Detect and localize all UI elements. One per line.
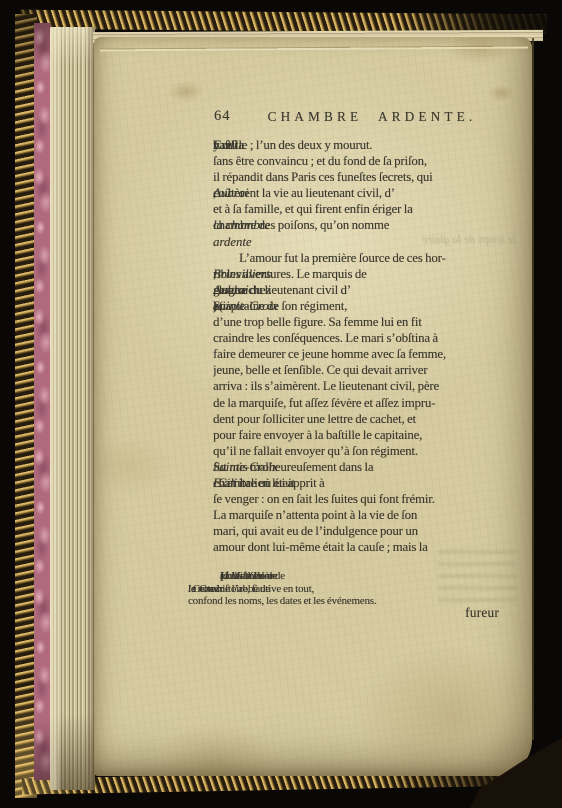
body-text-line: ſans être convaincu ; et du fond de ſa p… bbox=[213, 153, 503, 169]
body-text-line: de la marquiſe, fut aſſez ſévère et aſſe… bbox=[213, 395, 503, 411]
footnote-line: (e) L’hiſtoire de Louis XIV, ſous le nom… bbox=[188, 570, 500, 583]
body-text-line: ribles aventures. Le marquis de Brinvill… bbox=[213, 266, 503, 282]
body-text-line: pour faire envoyer à la baſtille le capi… bbox=[213, 427, 503, 443]
page-number: 64 bbox=[214, 108, 231, 125]
gutter-facing-page bbox=[532, 38, 558, 740]
body-text-line: d’une trop belle figure. Sa femme lui en… bbox=[213, 314, 503, 330]
body-text-line: craindre les conſéquences. Le mari s’obſ… bbox=[213, 330, 503, 346]
running-header: 64 CHAMBRE ARDENTE. bbox=[213, 108, 503, 126]
body-text-line: chambre des poiſons, qu’on nomme la cham… bbox=[213, 217, 503, 233]
body-text-line: et à ſa famille, et qui firent enfin éri… bbox=[213, 201, 503, 217]
body-text-line: arriva : ils s’aimèrent. Le lieutenant c… bbox=[213, 378, 503, 394]
body-text-line: ſe venger : on en ſait les ſuites qui fo… bbox=[213, 491, 503, 507]
body-text-line: Sainte-Croix fut mis malheureuſement dan… bbox=[213, 459, 503, 475]
book-scan: le temps de la gloire 64 CHAMBRE ARDENTE… bbox=[0, 0, 562, 808]
running-title: CHAMBRE ARDENTE. bbox=[241, 109, 503, 125]
body-text-line: L’amour fut la première ſource de ces ho… bbox=[213, 250, 503, 266]
body-text-line: lui Sainte-Croix, (e) capitaine de ſon r… bbox=[213, 298, 503, 314]
body-text-line: La marquiſe n’attenta point à la vie de … bbox=[213, 507, 503, 523]
footnote: (e) L’hiſtoire de Louis XIV, ſous le nom… bbox=[188, 570, 500, 608]
body-text-line: faire demeurer ce jeune homme avec ſa fe… bbox=[213, 346, 503, 362]
body-text-line: qu’il ne fallait envoyer qu’à ſon régime… bbox=[213, 443, 503, 459]
body-text-line: gendre du lieutenant civil d’Aubrai, log… bbox=[213, 282, 503, 298]
body-text-line: il répandit dans Paris ces funeſtes ſecr… bbox=[213, 169, 503, 185]
body-text-line: ardente. bbox=[213, 234, 503, 250]
footnote-line: le nomme l’abbé de la Croix. Cette hiſto… bbox=[188, 583, 500, 596]
body-text-line: coûtèrent la vie au lieutenant civil, d’… bbox=[213, 185, 503, 201]
body-text: baſtille ; l’un des deux y mourut. Exili… bbox=[213, 137, 503, 555]
body-text-line: jeune, belle et ſenſible. Ce qui devait … bbox=[213, 362, 503, 378]
body-text-line: dent pour ſolliciter une lettre de cache… bbox=[213, 411, 503, 427]
body-text-line: chambre où était Exili. Cet italien lui … bbox=[213, 475, 503, 491]
body-text-line: amour dont lui-même était la cauſe ; mai… bbox=[213, 539, 503, 555]
marbled-endpaper-edge bbox=[34, 23, 51, 780]
body-text-line: mari, qui avait eu de l’indulgence pour … bbox=[213, 523, 503, 539]
body-text-line: baſtille ; l’un des deux y mourut. Exili… bbox=[213, 137, 503, 153]
catchword: fureur bbox=[213, 605, 499, 621]
page-stack-edges bbox=[50, 27, 95, 790]
